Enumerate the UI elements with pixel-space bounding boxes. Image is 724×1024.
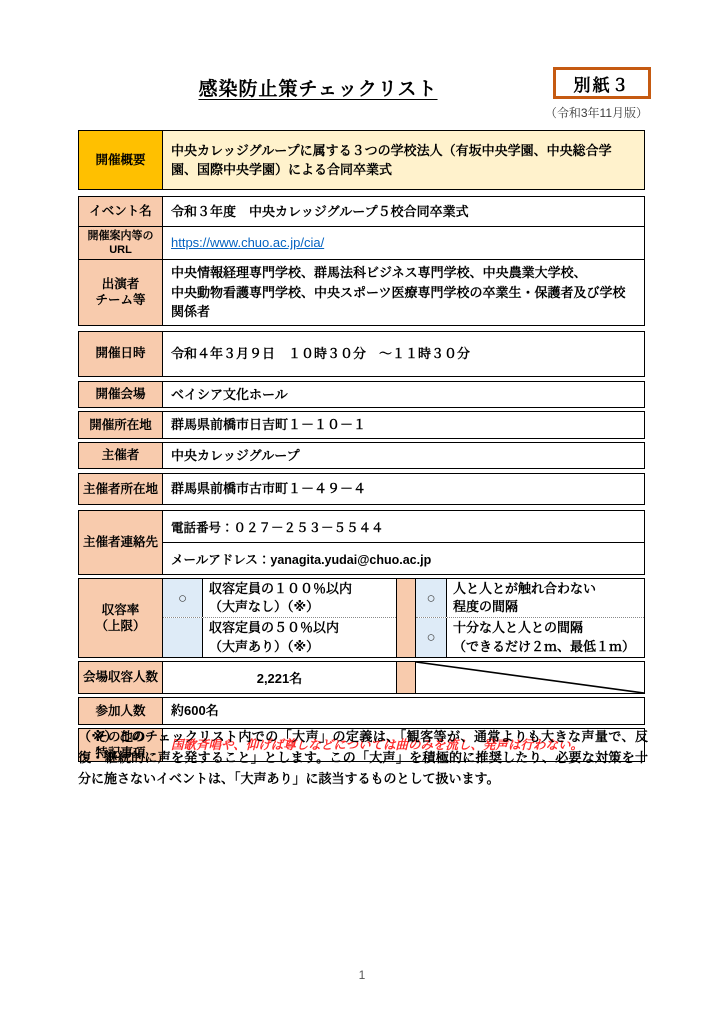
page-number: 1 [0, 968, 724, 982]
event-url-cell: https://www.chuo.ac.jp/cia/ [163, 227, 644, 259]
diagonal-strikethrough-icon [416, 662, 644, 693]
row-capacity-rate: 収容率 （上限） ○ 収容定員の１００％以内 （大声なし）（※） 収容定員の５０… [78, 578, 645, 658]
event-url-link[interactable]: https://www.chuo.ac.jp/cia/ [171, 233, 636, 253]
overview-label: 開催概要 [79, 131, 163, 189]
venue-label: 開催会場 [79, 382, 163, 408]
event-name-value: 令和３年度 中央カレッジグループ５校合同卒業式 [163, 197, 644, 226]
row-event-url: 開催案内等の URL https://www.chuo.ac.jp/cia/ [79, 226, 644, 259]
organizer-address-value: 群馬県前橋市古市町１－４９－４ [163, 474, 644, 504]
venue-address-label: 開催所在地 [79, 412, 163, 438]
doc-title: 感染防止策チェックリスト [78, 74, 558, 101]
row-attendance: 参加人数 約600名 [78, 697, 645, 725]
contact-email: メールアドレス：yanagita.yudai@chuo.ac.jp [163, 542, 644, 574]
organizer-address-label: 主催者所在地 [79, 474, 163, 504]
row-overview: 開催概要 中央カレッジグループに属する３つの学校法人（有坂中央学園、中央総合学園… [78, 130, 645, 190]
divider-strip [396, 662, 416, 693]
selected-circle-mark: ○ [416, 579, 447, 617]
datetime-label: 開催日時 [79, 332, 163, 376]
venue-capacity-value: 2,221名 [163, 662, 396, 693]
row-organizer-address: 主催者所在地 群馬県前橋市古市町１－４９－４ [78, 473, 645, 505]
divider-strip [396, 579, 416, 657]
unselected-circle-cell [163, 618, 203, 656]
capacity-options-right: ○ 人と人とが触れ合わない 程度の間隔 ○ 十分な人と人との間隔 （できるだけ２… [416, 579, 644, 657]
spacing-option-no-contact: ○ 人と人とが触れ合わない 程度の間隔 [416, 579, 644, 617]
row-performers: 出演者 チーム等 中央情報経理専門学校、群馬法科ビジネス専門学校、中央農業大学校… [79, 259, 644, 325]
performers-label: 出演者 チーム等 [79, 260, 163, 325]
venue-value: ベイシア文化ホール [163, 382, 644, 408]
contact-details: 電話番号：０２７－２５３－５５４４ メールアドレス：yanagita.yudai… [163, 511, 644, 574]
document-page: 感染防止策チェックリスト 別紙３ （令和3年11月版） 開催概要 中央カレッジグ… [0, 0, 724, 1024]
selected-circle-mark: ○ [163, 579, 203, 617]
contact-label: 主催者連絡先 [79, 511, 163, 574]
checklist-table: 開催概要 中央カレッジグループに属する３つの学校法人（有坂中央学園、中央総合学園… [78, 130, 645, 765]
row-venue-capacity: 会場収容人数 2,221名 [78, 661, 645, 694]
capacity-option-100: ○ 収容定員の１００％以内 （大声なし）（※） [163, 579, 396, 617]
crossed-out-cell [416, 662, 644, 693]
attendance-label: 参加人数 [79, 698, 163, 724]
performers-value: 中央情報経理専門学校、群馬法科ビジネス専門学校、中央農業大学校、 中央動物看護専… [163, 260, 644, 325]
event-info-table: イベント名 令和３年度 中央カレッジグループ５校合同卒業式 開催案内等の URL… [78, 196, 645, 326]
overview-value: 中央カレッジグループに属する３つの学校法人（有坂中央学園、中央総合学園、国際中央… [163, 131, 644, 189]
footnote: （※）このチェックリスト内での「大声」の定義は、「観客等が、通常よりも大きな声量… [78, 726, 648, 789]
organizer-label: 主催者 [79, 443, 163, 469]
row-organizer: 主催者 中央カレッジグループ [78, 442, 645, 470]
organizer-value: 中央カレッジグループ [163, 443, 644, 469]
event-name-label: イベント名 [79, 197, 163, 226]
attendance-value: 約600名 [163, 698, 644, 724]
datetime-value: 令和４年３月９日 １０時３０分 ～１１時３０分 [163, 332, 644, 376]
row-venue-address: 開催所在地 群馬県前橋市日吉町１－１０－１ [78, 411, 645, 439]
capacity-option-50: 収容定員の５０％以内 （大声あり）（※） [163, 617, 396, 656]
capacity-options-left: ○ 収容定員の１００％以内 （大声なし）（※） 収容定員の５０％以内 （大声あり… [163, 579, 396, 657]
row-datetime: 開催日時 令和４年３月９日 １０時３０分 ～１１時３０分 [78, 331, 645, 377]
contact-phone: 電話番号：０２７－２５３－５５４４ [163, 511, 644, 542]
event-url-label: 開催案内等の URL [79, 227, 163, 259]
venue-address-value: 群馬県前橋市日吉町１－１０－１ [163, 412, 644, 438]
row-venue: 開催会場 ベイシア文化ホール [78, 381, 645, 409]
spacing-option-distance: ○ 十分な人と人との間隔 （できるだけ２ｍ、最低１ｍ） [416, 617, 644, 656]
row-event-name: イベント名 令和３年度 中央カレッジグループ５校合同卒業式 [79, 197, 644, 226]
venue-capacity-label: 会場収容人数 [79, 662, 163, 693]
attachment-badge: 別紙３ [553, 67, 651, 99]
version-note: （令和3年11月版） [0, 104, 648, 121]
capacity-rate-label: 収容率 （上限） [79, 579, 163, 657]
row-contact: 主催者連絡先 電話番号：０２７－２５３－５５４４ メールアドレス：yanagit… [78, 510, 645, 575]
selected-circle-mark: ○ [416, 618, 447, 656]
